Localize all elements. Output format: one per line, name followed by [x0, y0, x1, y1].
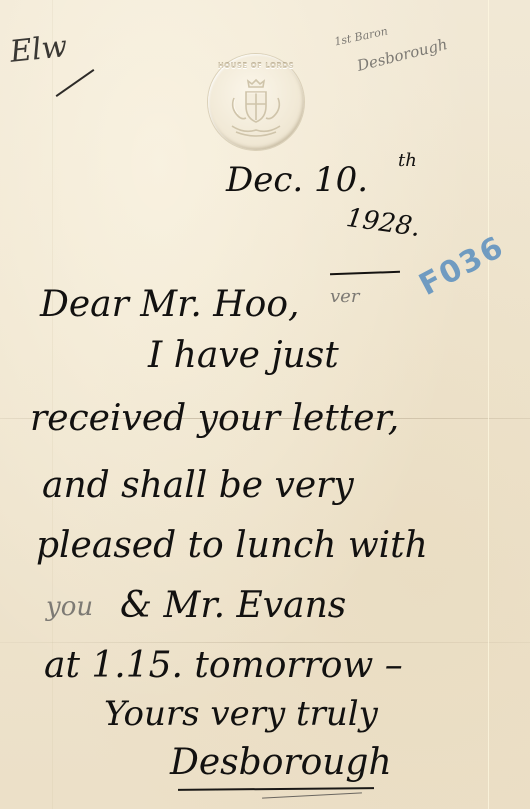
letter-page: Elw 1st Baron Desborough HOUSE OF LORDS … — [0, 0, 530, 809]
fold-crease — [488, 0, 489, 809]
body-line-4: pleased to lunch with — [36, 525, 428, 566]
pencil-attribution-line1: 1st Baron — [333, 25, 389, 49]
signature: Desborough — [170, 742, 392, 783]
letter-date-year: 1928. — [344, 203, 422, 243]
closing: Yours very truly — [104, 694, 378, 734]
letter-date-suffix: th — [398, 150, 417, 171]
signature-flourish — [262, 792, 362, 798]
salutation: Dear Mr. Hoo, — [40, 284, 299, 325]
pencil-initials: Elw — [8, 29, 69, 70]
body-line-3: and shall be very — [42, 465, 354, 506]
pencil-word-insert: you — [46, 592, 93, 622]
pencil-name-correction: ver — [330, 286, 359, 307]
coat-of-arms-icon — [226, 74, 286, 140]
body-line-5: & Mr. Evans — [120, 585, 346, 626]
house-of-lords-seal: HOUSE OF LORDS — [208, 54, 304, 150]
seal-text: HOUSE OF LORDS — [208, 62, 304, 70]
pencil-slash-mark — [56, 69, 95, 97]
signature-underline — [178, 787, 374, 791]
body-line-2: received your letter, — [30, 398, 399, 439]
body-line-6: at 1.15. tomorrow – — [44, 645, 403, 686]
letter-date-day: Dec. 10. — [226, 160, 368, 200]
archive-reference: F036 — [414, 229, 511, 303]
date-underline — [330, 271, 400, 275]
body-line-1: I have just — [148, 335, 339, 376]
fold-crease — [0, 642, 530, 643]
